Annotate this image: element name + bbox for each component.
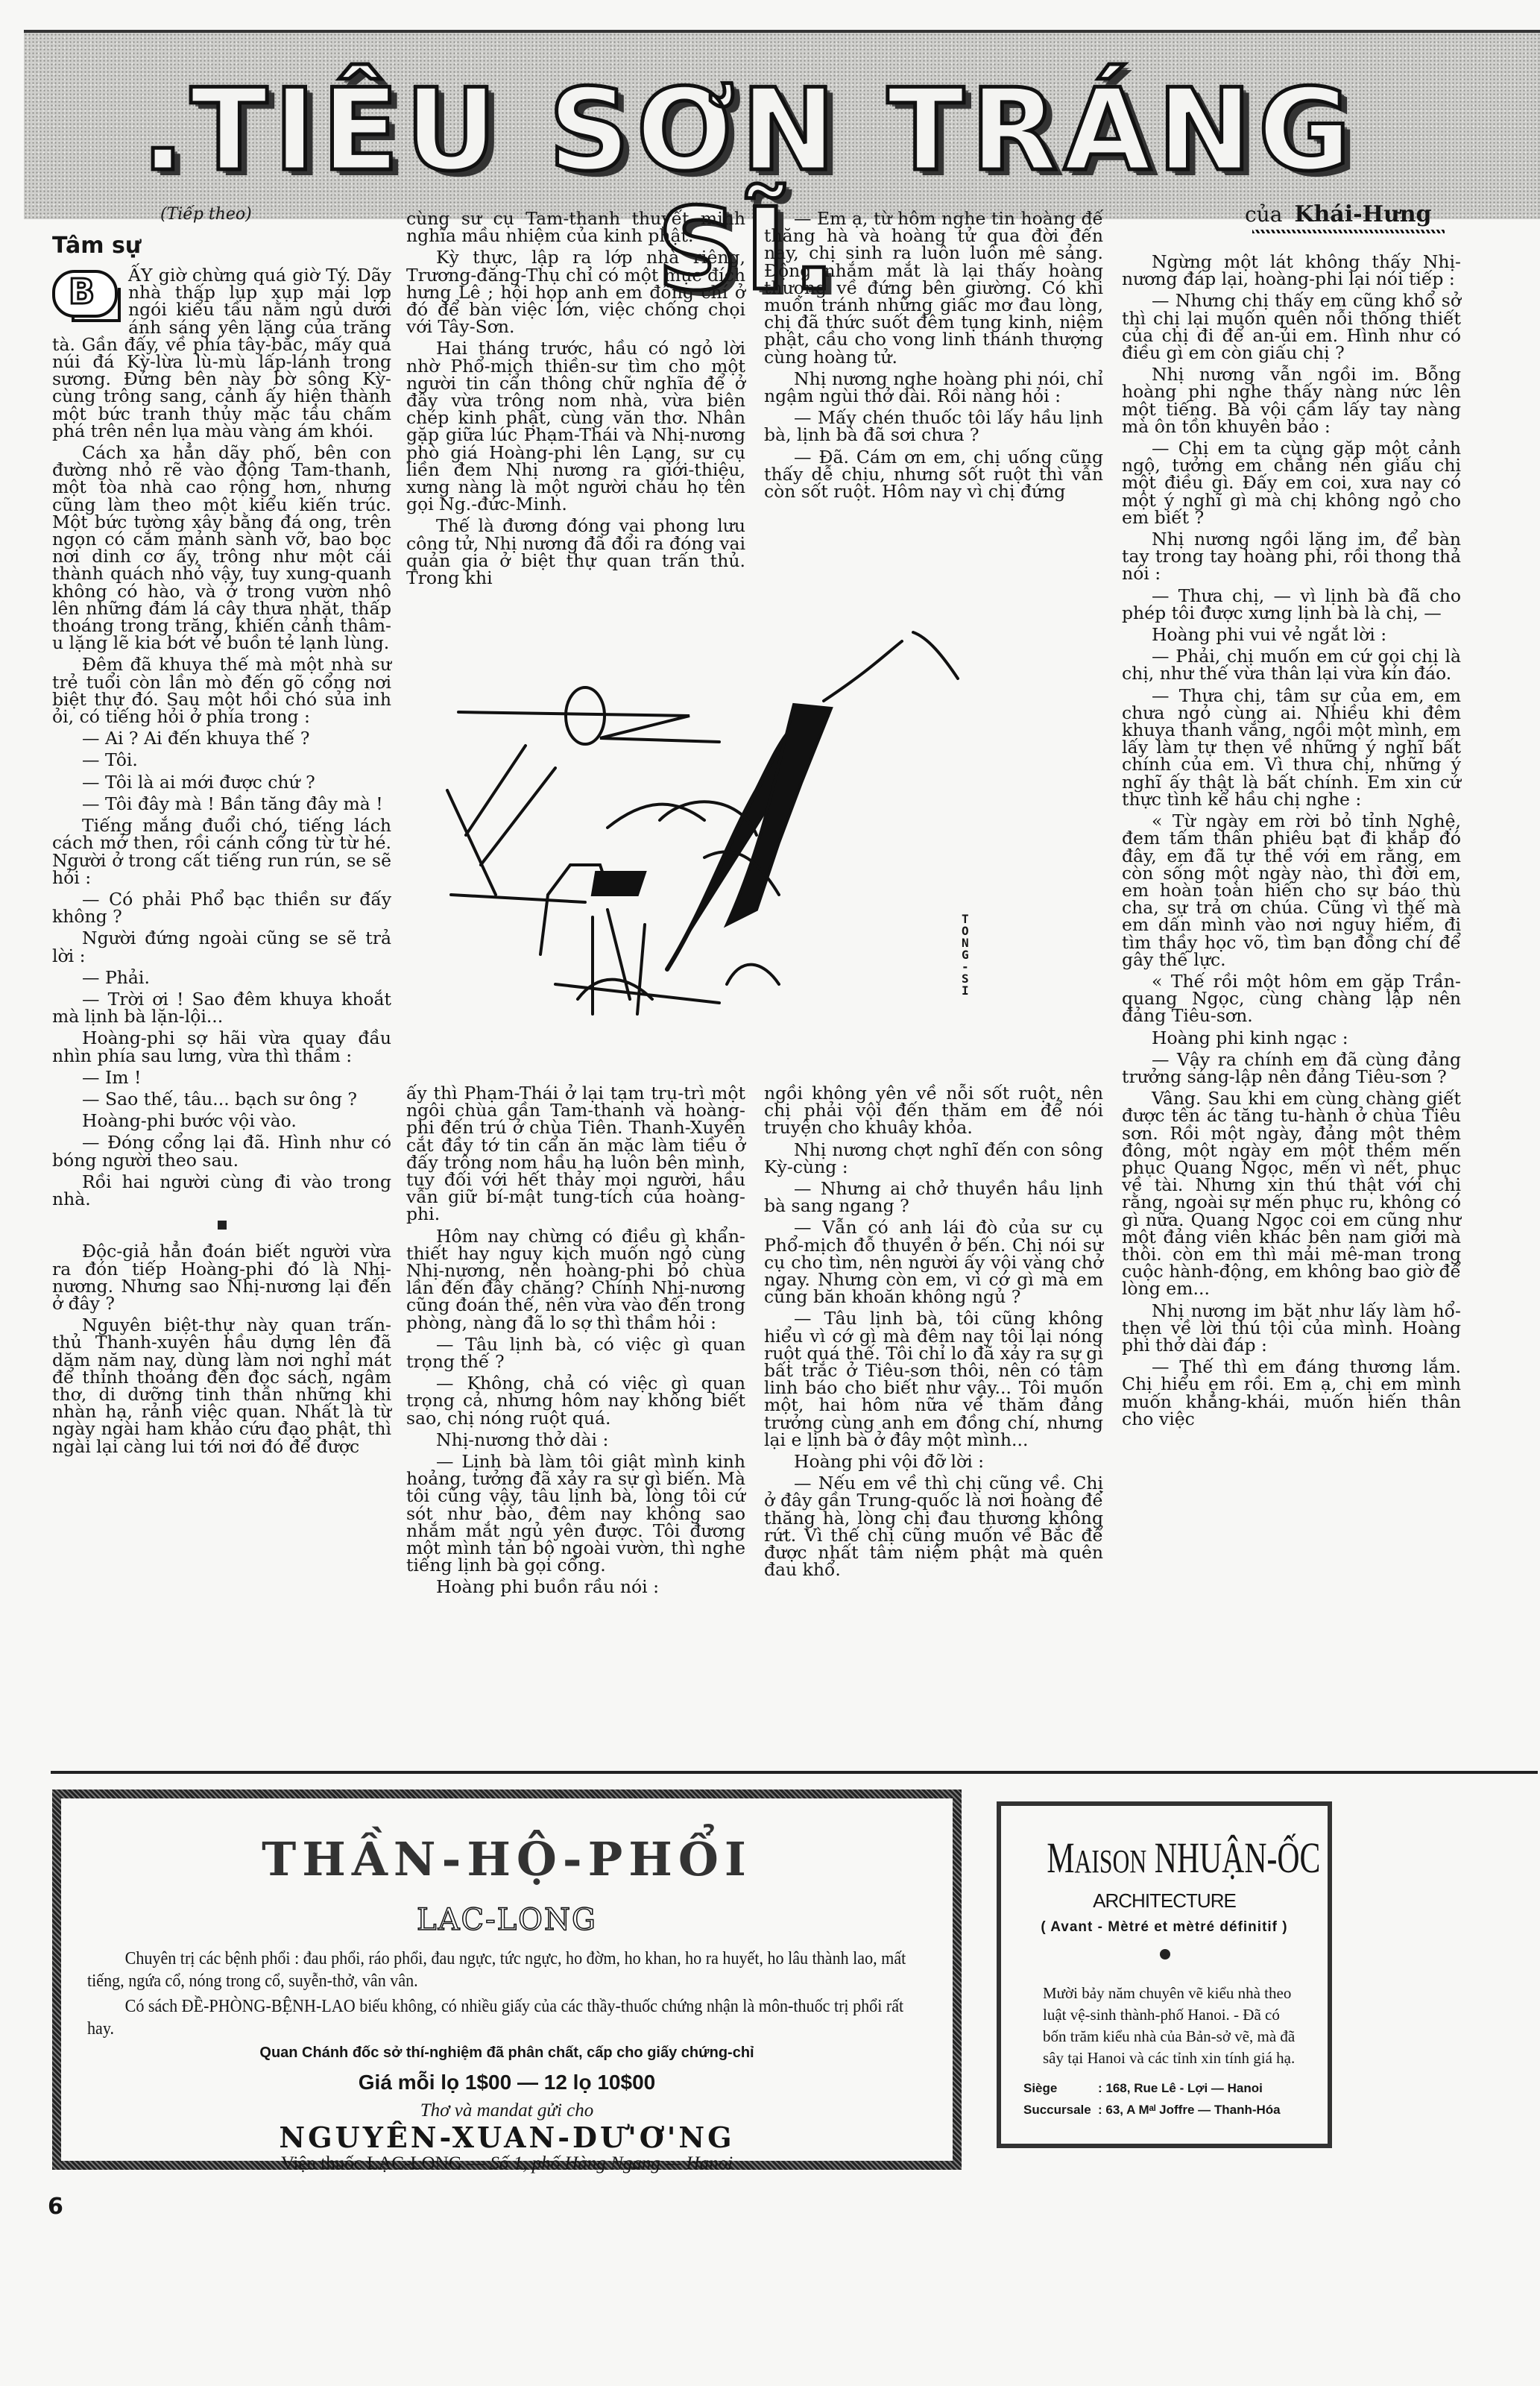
- dialogue-line: — Thưa chị, — vì lịnh bà đã cho phép tôi…: [1122, 588, 1461, 622]
- ad-services: ( Avant - Mètré et mètré définitif ): [1001, 1919, 1328, 1936]
- paragraph: Hoàng-phi bước vội vào.: [52, 1112, 391, 1130]
- dialogue-line: — Nếu em về thì chị cũng về. Chị ở đây g…: [764, 1475, 1103, 1578]
- dialogue-line: — Tâu lịnh bà, tôi cũng không hiểu vì cớ…: [764, 1310, 1103, 1449]
- dialogue-line: — Mấy chén thuốc tôi lấy hầu lịnh bà, lị…: [764, 409, 1103, 444]
- paragraph: Rồi hai người cùng đi vào trong nhà.: [52, 1174, 391, 1208]
- article-column-2-bottom: ấy thì Phạm-Thái ở lại tạm trụ-trì một n…: [406, 1085, 745, 1601]
- article-column-1: B ẤY giờ chừng quá giờ Tý. Dãy nhà thấp …: [52, 267, 391, 1460]
- ad-subtitle: ARCHITECTURE: [1001, 1889, 1328, 1913]
- paragraph: Người đứng ngoài cũng se sẽ trả lời :: [52, 930, 391, 964]
- dialogue-line: — Sao thế, tâu... bạch sư ông ?: [52, 1091, 391, 1108]
- advertisement-maison-nhuan-oc: MAISON NHUẬN-ỐC ARCHITECTURE ( Avant - M…: [997, 1801, 1332, 2148]
- dialogue-line: — Ai ? Ai đến khuya thế ?: [52, 730, 391, 747]
- paragraph: Độc-giả hẳn đoán biết người vừa ra đón t…: [52, 1243, 391, 1312]
- dialogue-line: — Có phải Phổ bạc thiền sư đấy không ?: [52, 891, 391, 925]
- paragraph: Nhị-nương thở dài :: [406, 1432, 745, 1449]
- dialogue-line: — Vẫn có anh lái đò của sư cụ Phổ-mịch đ…: [764, 1219, 1103, 1306]
- article-column-3-bottom: ngồi không yên về nỗi sốt ruột, nên chị …: [764, 1085, 1103, 1583]
- paragraph: Vâng. Sau khi em cùng chàng giết được tê…: [1122, 1090, 1461, 1297]
- paragraph: Tiếng mắng đuổi chó, tiếng lách cách mở …: [52, 817, 391, 887]
- paragraph: cùng sư cụ Tam-thanh thuyết minh nghĩa m…: [406, 210, 745, 245]
- byline: củaKhái-Hưng: [1245, 201, 1432, 227]
- paragraph: Nhị nương vẫn ngồi im. Bỗng hoàng phi ng…: [1122, 366, 1461, 435]
- ad-body: Mười bảy năm chuyên vẽ kiểu nhà theo luậ…: [1043, 1983, 1300, 2069]
- paragraph: Ngừng một lát không thấy Nhị-nương đáp l…: [1122, 254, 1461, 288]
- ad-title: THẦN-HỘ-PHỔI: [61, 1832, 953, 1886]
- ad-contact-name: NGUYÊN-XUAN-DƯ'Ơ'NG: [61, 2121, 953, 2154]
- paragraph: Đêm đã khuya thế mà một nhà sư trẻ tuổi …: [52, 656, 391, 725]
- dialogue-line: — Đã. Cám ơn em, chị uống cũng thấy dễ c…: [764, 449, 1103, 501]
- dialogue-line: — Tôi là ai mới được chứ ?: [52, 774, 391, 791]
- article-bottom-rule: [51, 1771, 1538, 1774]
- section-heading: Tâm sự: [52, 233, 141, 259]
- dialogue-line: — Đóng cổng lại đã. Hình như có bóng ngư…: [52, 1134, 391, 1168]
- paragraph: Hoàng phi vội đỡ lời :: [764, 1453, 1103, 1470]
- article-column-3-top: — Em ạ, từ hôm nghe tin hoàng đế thăng h…: [764, 210, 1103, 505]
- byline-prefix: của: [1245, 202, 1282, 227]
- paragraph: Nhị nương im bặt như lấy làm hổ-thẹn về …: [1122, 1303, 1461, 1355]
- dialogue-line: — Vậy ra chính em đã cùng đảng trưởng sá…: [1122, 1051, 1461, 1086]
- continued-label: (Tiếp theo): [160, 205, 252, 224]
- article-column-4: Ngừng một lát không thấy Nhị-nương đáp l…: [1122, 254, 1461, 1432]
- paragraph: Kỳ thực, lập ra lớp nhà riêng, Trương-đă…: [406, 249, 745, 336]
- ad-price: Giá mỗi lọ 1$00 — 12 lọ 10$00: [61, 2071, 953, 2094]
- dialogue-line: — Tâu lịnh bà, có việc gì quan trọng thế…: [406, 1336, 745, 1370]
- ad-paragraph: Chuyên trị các bệnh phổi : đau phổi, ráo…: [87, 1948, 931, 1992]
- dialogue-line: — Không, chả có việc gì quan trọng cả, n…: [406, 1375, 745, 1427]
- paragraph: Hôm nay chừng có điều gì khẩn-thiết hay …: [406, 1228, 745, 1332]
- dialogue-line: — Nhưng chị thấy em cũng khổ sở thì chị …: [1122, 292, 1461, 362]
- dialogue-line: — Thế thì em đáng thương lắm. Chị hiểu e…: [1122, 1359, 1461, 1428]
- paragraph: Nhị nương nghe hoàng phi nói, chỉ ngậm n…: [764, 371, 1103, 405]
- dialogue-line: — Chị em ta cùng gặp một cảnh ngộ, tưởng…: [1122, 440, 1461, 526]
- quoted-paragraph: « Từ ngày em rời bỏ tỉnh Nghệ, đem tấm t…: [1122, 813, 1461, 969]
- dialogue-line: — Tôi đây mà ! Bần tăng đây mà !: [52, 796, 391, 813]
- ad-address: Viện thuốc LẠC-LONG — Số 1, phố Hàng Nga…: [61, 2153, 953, 2174]
- paragraph: Nhị nương ngồi lặng im, để bàn tay trong…: [1122, 531, 1461, 583]
- advertisement-than-ho-phoi: THẦN-HỘ-PHỔI LAC-LONG Chuyên trị các bện…: [52, 1789, 962, 2170]
- drop-cap-letter: B: [69, 273, 95, 310]
- paragraph: B ẤY giờ chừng quá giờ Tý. Dãy nhà thấp …: [52, 267, 391, 440]
- address-row: Siège: 168, Rue Lê - Lợi — Hanoi: [1023, 2077, 1318, 2099]
- ornament-icon: [1160, 1949, 1170, 1960]
- dialogue-line: — Thưa chị, tâm sự của em, em chưa ngỏ c…: [1122, 687, 1461, 808]
- page-number: 6: [48, 2194, 63, 2220]
- byline-rule: [1252, 230, 1445, 233]
- ad-body: Chuyên trị các bệnh phổi : đau phổi, ráo…: [87, 1948, 931, 2043]
- dialogue-line: — Phải.: [52, 969, 391, 986]
- ad-brand: LAC-LONG: [61, 1903, 953, 1937]
- paragraph: ngồi không yên về nỗi sốt ruột, nên chị …: [764, 1085, 1103, 1137]
- paragraph: Thế là đương đóng vai phong lưu công tử,…: [406, 517, 745, 587]
- address-row: Succursale: 63, A Mᵃˡ Joffre — Thanh-Hóa: [1023, 2099, 1318, 2121]
- paragraph: Hoàng phi vui vẻ ngắt lời :: [1122, 626, 1461, 643]
- paragraph: Hoàng phi buồn rầu nói :: [406, 1578, 745, 1596]
- ad-mail-line: Thơ và mandat gửi cho: [61, 2100, 953, 2121]
- dialogue-line: — Em ạ, từ hôm nghe tin hoàng đế thăng h…: [764, 210, 1103, 366]
- paragraph: Cách xa hẳn dãy phố, bên con đường nhỏ r…: [52, 444, 391, 652]
- paragraph: Nguyên biệt-thự này quan trấn-thủ Thanh-…: [52, 1317, 391, 1455]
- paragraph: ấy thì Phạm-Thái ở lại tạm trụ-trì một n…: [406, 1085, 745, 1224]
- dialogue-line: — Tôi.: [52, 752, 391, 769]
- ad-title: MAISON NHUẬN-ỐC: [1047, 1836, 1281, 1884]
- paragraph: Hoàng-phi sợ hãi vừa quay đầu nhìn phía …: [52, 1030, 391, 1064]
- dialogue-line: — Im !: [52, 1069, 391, 1086]
- dialogue-line: — Lịnh bà làm tôi giật mình kinh hoảng, …: [406, 1453, 745, 1574]
- ink-sketch-moon-mountain-hut-icon: [406, 596, 965, 1029]
- illustrator-signature: TONG-SI: [962, 913, 972, 997]
- ad-addresses: Siège: 168, Rue Lê - Lợi — Hanoi Succurs…: [1023, 2077, 1318, 2121]
- paragraph: Hoàng phi kinh ngạc :: [1122, 1030, 1461, 1047]
- paragraph: Nhị nương chợt nghĩ đến con sông Kỳ-cùng…: [764, 1142, 1103, 1176]
- paragraph: Hai tháng trước, hầu có ngỏ lời nhờ Phổ-…: [406, 340, 745, 513]
- drop-cap: B: [52, 270, 119, 319]
- quoted-paragraph: « Thế rồi một hôm em gặp Trần-quang Ngọc…: [1122, 973, 1461, 1025]
- ad-paragraph: Có sách ĐỀ-PHÒNG-BỆNH-LAO biếu không, có…: [87, 1995, 931, 2040]
- dialogue-line: — Phải, chị muốn em cứ gọi chị là chị, n…: [1122, 648, 1461, 682]
- article-column-2-top: cùng sư cụ Tam-thanh thuyết minh nghĩa m…: [406, 210, 745, 591]
- author-name: Khái-Hưng: [1294, 201, 1431, 227]
- ad-certificate: Quan Chánh đốc sở thí-nghiệm đã phân chấ…: [61, 2045, 953, 2062]
- dialogue-line: — Nhưng ai chở thuyền hầu lịnh bà sang n…: [764, 1180, 1103, 1215]
- dialogue-line: — Trời ơi ! Sao đêm khuya khoắt mà lịnh …: [52, 991, 391, 1025]
- section-break-icon: [52, 1215, 391, 1233]
